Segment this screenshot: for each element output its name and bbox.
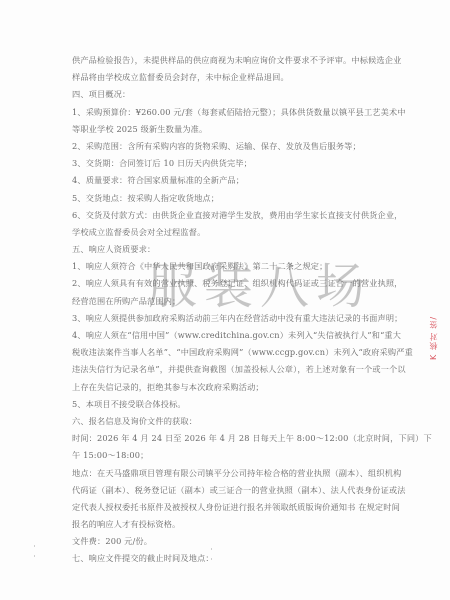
text-line: 3、交货期：合同签订后 10 日历天内供货完毕； [72,155,384,172]
scan-speck [211,558,212,560]
text-line: 文件费：200 元/份。 [72,533,384,550]
text-line: 午 15:00～18:00； [72,447,384,464]
watermark-text: 服装八场 [148,262,372,311]
red-handwritten-annotation: K 核对 签/ [428,290,442,360]
text-line: 4、质量要求：符合国家质量标准的全新产品； [72,172,384,189]
text-line: 学校成立监督委员会对全过程监督。 [72,224,384,241]
scan-speck [211,548,212,550]
text-line: 时间：2026 年 4 月 24 日至 2026 年 4 月 28 日每天上午 … [72,430,384,447]
section-heading: 五、响应人资质要求： [72,241,384,258]
text-line: 定代表人授权委托书原件及被授权人身份证进行报名并领取纸质版询价通知书 在规定时间 [72,499,384,516]
text-line: 1、采购预算价：¥260.00 元/套（每套贰佰陆拾元整）；具体供货数量以镇平县… [72,104,384,121]
text-line: 税收违法案件当事人名单”、“中国政府采购网”（www.ccgp.gov.cn）未… [72,344,384,361]
section-heading: 六、报名信息及询价文件的获取： [72,413,384,430]
text-line: 2、采购范围：含所有采购内容的货物采购、运输、保存、发放及售后服务等； [72,138,384,155]
text-line: 上存在失信记录的，拒绝其参与本次政府采购活动； [72,379,384,396]
text-line: 6、交货及付款方式：由供货企业直接对港学生发放，费用由学生家长直接支付供货企业， [72,207,384,224]
text-line: 报名的响应人才有投标资格。 [72,516,384,533]
text-line: 5、交货地点：按采购人指定收货地点； [72,190,384,207]
text-line: 供产品检验报告），未提供样品的供应商视为未响应询价文件要求不予评审。中标候选企业 [72,52,384,69]
scan-speck [34,555,35,557]
text-line: 违法失信行为记录名单”，并提供查询截图（加盖投标人公章），若上述对象有一个或一个… [72,361,384,378]
text-line: 代码证（副本）、税务登记证（副本）或三证合一的营业执照（副本）、法人代表身份证或… [72,482,384,499]
text-line: 地点：在天马盛鼎项目管理有限公司镇平分公司持年检合格的营业执照（副本）、组织机构 [72,465,384,482]
text-line: 4、响应人须在“信用中国”（www.creditchina.gov.cn）未列入… [72,327,384,344]
scanned-document-page: 供产品检验报告），未提供样品的供应商视为未响应询价文件要求不予评审。中标候选企业… [0,0,450,600]
text-line: 等职业学校 2025 级新生数量为准。 [72,121,384,138]
section-heading: 四、项目概况： [72,86,384,103]
section-heading: 七、响应文件提交的截止时间及地点： [72,550,384,567]
scan-speck [34,545,35,547]
text-line: 5、本项目不接受联合体投标。 [72,396,384,413]
text-line: 样品将由学校成立监督委员会封存，未中标企业样品退回。 [72,69,384,86]
